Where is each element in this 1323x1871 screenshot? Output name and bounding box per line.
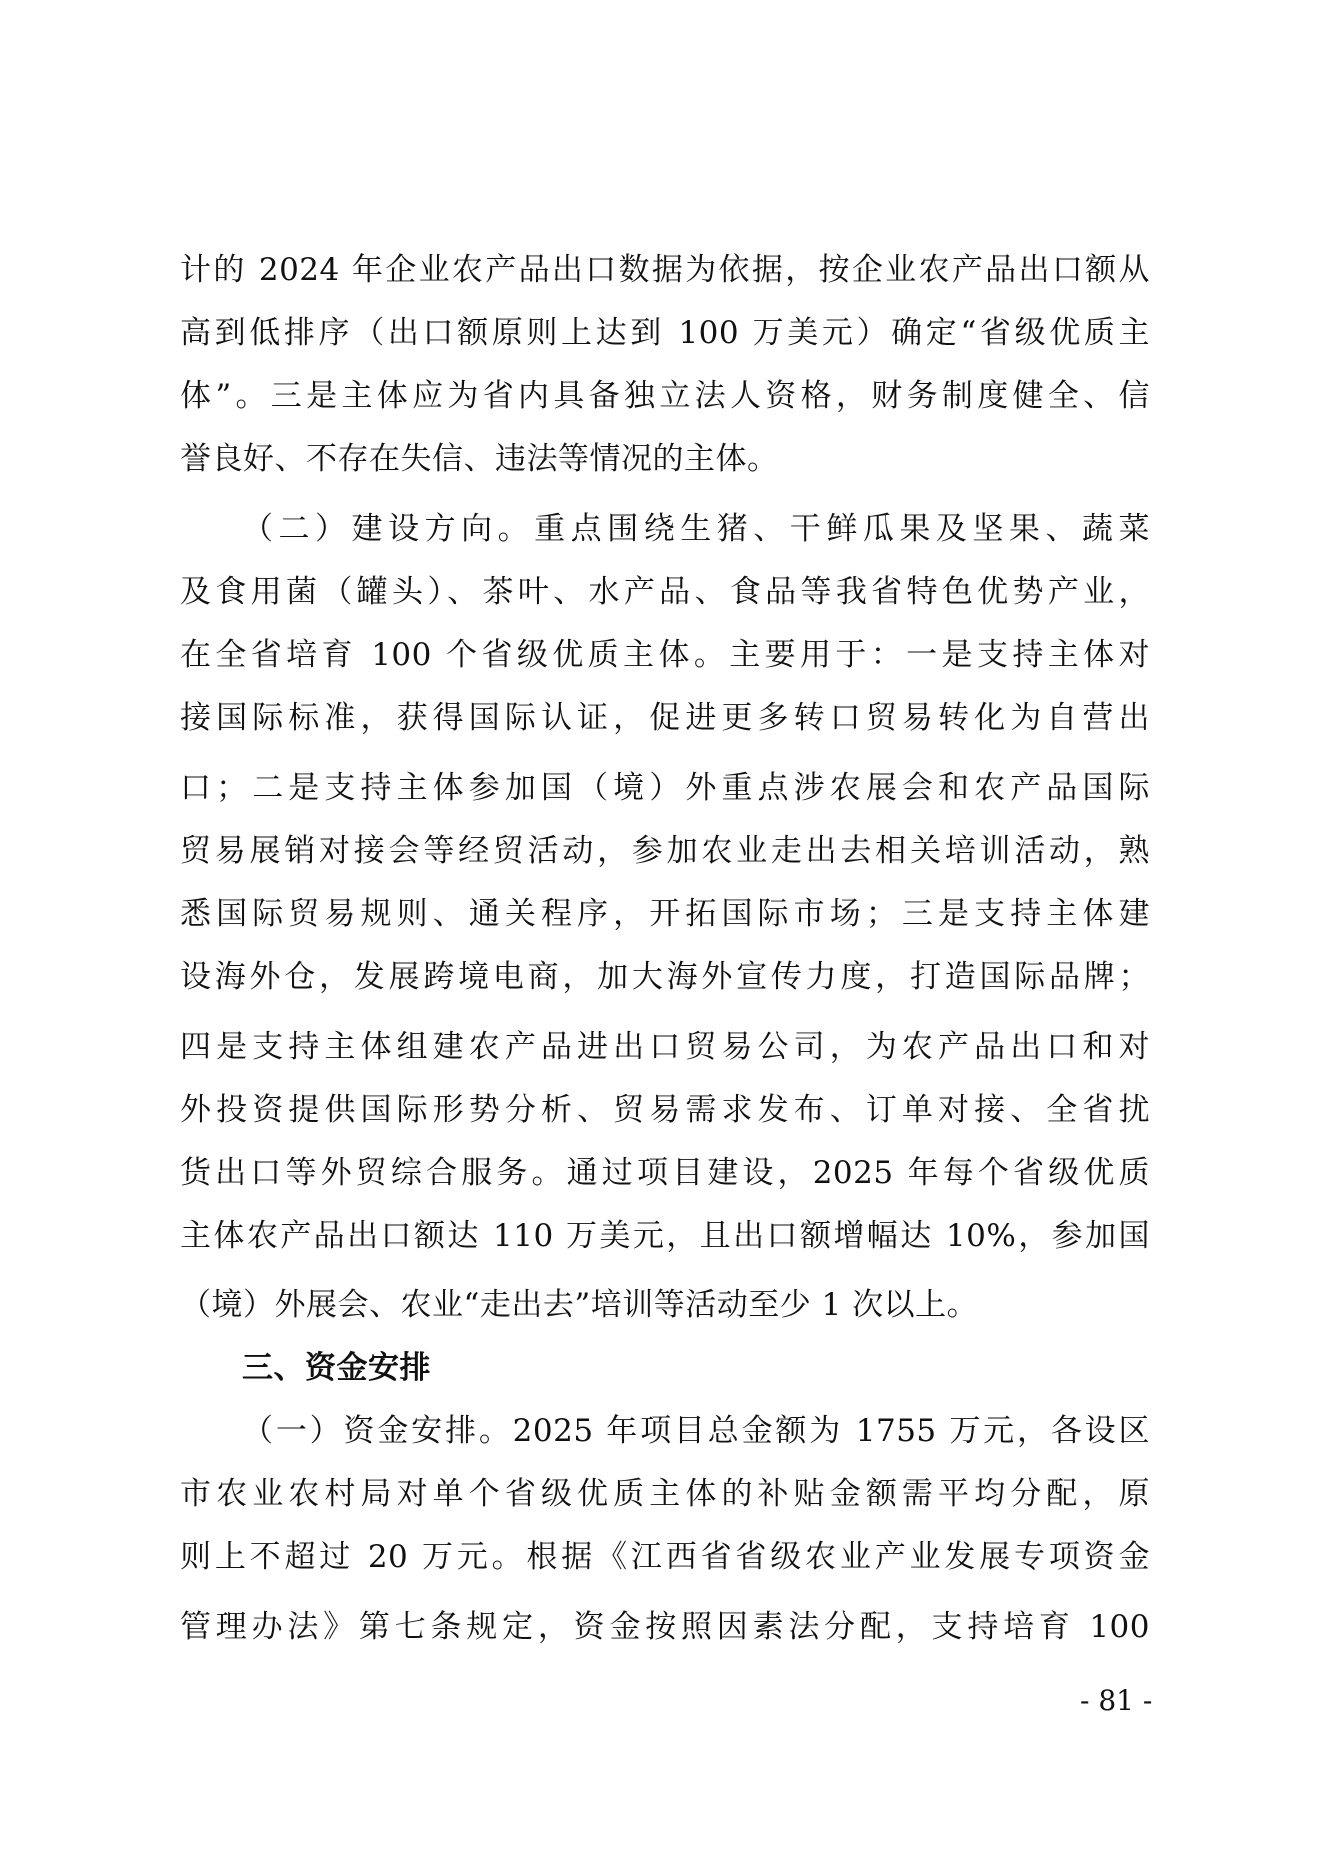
text-line: 誉良好、不存在失信、违法等情况的主体。 <box>180 439 1150 479</box>
text-line: 悉国际贸易规则、通关程序，开拓国际市场；三是支持主体建 <box>180 894 1150 934</box>
text-line: （二）建设方向。重点围绕生猪、干鲜瓜果及坚果、蔬菜 <box>242 509 1150 549</box>
text-line: （境）外展会、农业“走出去”培训等活动至少 1 次以上。 <box>180 1285 1150 1325</box>
text-line: 设海外仓，发展跨境电商，加大海外宣传力度，打造国际品牌； <box>180 957 1150 997</box>
text-line: 高到低排序（出口额原则上达到 100 万美元）确定“省级优质主 <box>180 313 1150 353</box>
text-line: 货出口等外贸综合服务。通过项目建设，2025 年每个省级优质 <box>180 1153 1150 1193</box>
text-line: 主体农产品出口额达 110 万美元，且出口额增幅达 10%，参加国 <box>180 1216 1150 1256</box>
text-line: 贸易展销对接会等经贸活动，参加农业走出去相关培训活动，熟 <box>180 831 1150 871</box>
text-line: 则上不超过 20 万元。根据《江西省省级农业产业发展专项资金 <box>180 1537 1150 1577</box>
document-page: 计的 2024 年企业农产品出口数据为依据，按企业农产品出口额从高到低排序（出口… <box>0 0 1323 1871</box>
text-line: 管理办法》第七条规定，资金按照因素法分配，支持培育 100 <box>180 1607 1150 1647</box>
text-line: 外投资提供国际形势分析、贸易需求发布、订单对接、全省扰 <box>180 1090 1150 1130</box>
text-line: 接国际标准，获得国际认证，促进更多转口贸易转化为自营出 <box>180 698 1150 738</box>
text-line: 及食用菌（罐头）、茶叶、水产品、食品等我省特色优势产业， <box>180 572 1150 612</box>
text-line: 计的 2024 年企业农产品出口数据为依据，按企业农产品出口额从 <box>180 250 1150 290</box>
text-line: 四是支持主体组建农产品进出口贸易公司，为农产品出口和对 <box>180 1027 1150 1067</box>
text-line: 市农业农村局对单个省级优质主体的补贴金额需平均分配，原 <box>180 1474 1150 1514</box>
text-line: 在全省培育 100 个省级优质主体。主要用于：一是支持主体对 <box>180 635 1150 675</box>
text-line: （一）资金安排。2025 年项目总金额为 1755 万元，各设区 <box>242 1411 1150 1451</box>
text-line: 口；二是支持主体参加国（境）外重点涉农展会和农产品国际 <box>180 768 1150 808</box>
page-number: - 81 - <box>1080 1683 1152 1719</box>
section-heading: 三、资金安排 <box>242 1348 1150 1388</box>
text-line: 体”。三是主体应为省内具备独立法人资格，财务制度健全、信 <box>180 376 1150 416</box>
